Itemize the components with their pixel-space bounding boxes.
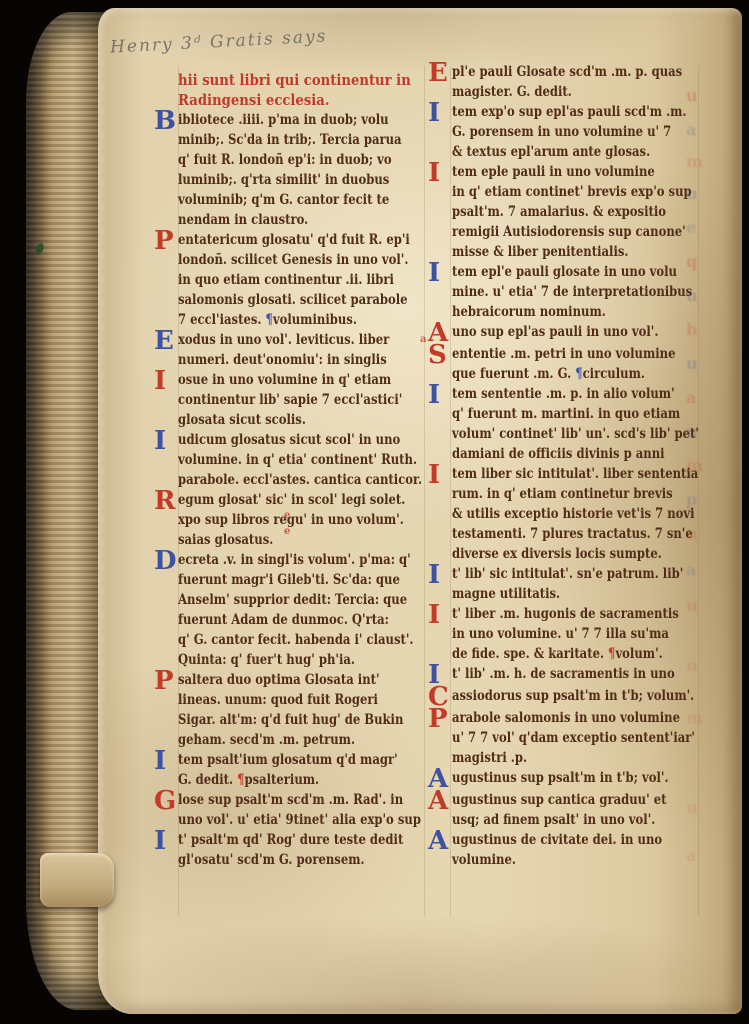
text-line: t' lib' sic intitulat'. sn'e patrum. lib… [452,564,664,584]
showthrough-letter: e [686,218,696,237]
showthrough-letter: m [686,152,703,171]
text-line: rum. in q' etiam continetur brevis [452,484,664,504]
illuminated-initial: I [428,564,452,604]
text-line: psalt'm. 7 amalarius. & expositio [452,202,664,222]
text-line: q' fuit R. londoñ ep'i: in duob; vo [178,150,391,170]
manuscript-photo: Henry 3ᵈ Gratis says hii sunt libri qui … [0,0,749,1024]
text-line: xodus in uno vol'. leviticus. liber [178,330,391,350]
illuminated-initial: I [154,370,178,430]
rubric-line: hii sunt libri qui continentur in [178,70,396,90]
text-line: de fide. spe. & karitate. ¶volum'. [452,644,664,664]
text-line: volumine. [452,850,664,870]
text-line: numeri. deut'onomiu': in singlis [178,350,391,370]
text-line: & utilis exceptio historie vet'is 7 novi [452,504,664,524]
illuminated-initial: D [154,550,178,670]
parchment-page: Henry 3ᵈ Gratis says hii sunt libri qui … [98,8,742,1014]
illuminated-initial: I [428,162,452,262]
entry-lines: t' psalt'm qd' Rog' dure teste deditgl'o… [178,830,426,870]
text-line: G. porensem in uno volumine u' 7 [452,122,664,142]
illuminated-initial: B [154,110,178,230]
illuminated-initial: I [428,102,452,162]
illuminated-initial: G [154,790,178,830]
showthrough-letter: p [686,490,697,509]
text-line: tem psalt'ium glosatum q'd magr' [178,750,391,770]
showthrough-letter: u [686,286,698,305]
text-line: ententie .m. petri in uno volumine [452,344,664,364]
text-line: fuerunt Adam de dunmoc. Q'rta: [178,610,391,630]
showthrough-letter: u [686,86,698,105]
text-line: assiodorus sup psalt'm in t'b; volum'. [452,686,664,706]
text-line: geham. secd'm .m. petrum. [178,730,391,750]
text-line: tem sententie .m. p. in alio volum' [452,384,664,404]
illuminated-initial: E [154,330,178,370]
showthrough-letter: a [686,388,696,407]
text-line: q' fuerunt m. martini. in quo etiam [452,404,664,424]
entry-lines: uno sup epl'as pauli in uno vol'. [452,322,698,344]
catalogue-entry: Item exp'o sup epl'as pauli scd'm .m.G. … [428,102,698,162]
catalogue-entry: Psaltera duo optima Glosata int'lineas. … [154,670,426,750]
entry-lines: arabole salomonis in uno volumineu' 7 7 … [452,708,698,768]
text-line: gl'osatu' scd'm G. porensem. [178,850,391,870]
catalogue-entry: It' lib' .m. h. de sacramentis in uno [428,664,698,686]
text-line: tem exp'o sup epl'as pauli scd'm .m. [452,102,664,122]
guide-letter: e [284,510,290,521]
text-line: Quinta: q' fuer't hug' ph'ia. [178,650,391,670]
text-line: Anselm' supprior dedit: Tercia: que [178,590,391,610]
text-line: damiani de officiis divinis p anni [452,444,664,464]
text-line: tem liber sic intitulat'. liber sententi… [452,464,664,484]
illuminated-initial: I [154,430,178,490]
rubric-heading: hii sunt libri qui continentur in Rading… [178,70,426,110]
ruling-line [698,66,699,916]
showthrough-letter: u [686,656,698,675]
text-line: misse & liber penitentialis. [452,242,664,262]
text-line: nendam in claustro. [178,210,391,230]
text-line: arabole salomonis in uno volumine [452,708,664,728]
text-line: udicum glosatus sicut scol' in uno [178,430,391,450]
text-line: continentur lib' sapie 7 eccl'astici' [178,390,391,410]
text-line: in quo etiam continentur .ii. libri [178,270,391,290]
text-line: remigii Autisiodorensis sup canone' [452,222,664,242]
catalogue-entry: Item liber sic intitulat'. liber sentent… [428,464,698,564]
catalogue-entry: Sententie .m. petri in uno volumineque f… [428,344,698,384]
illuminated-initial: P [154,230,178,330]
pencil-inscription: Henry 3ᵈ Gratis says [110,26,328,57]
text-line: ibliotece .iiii. p'ma in duob; volu [178,110,391,130]
text-line: in uno volumine. u' 7 7 illa su'ma [452,624,664,644]
text-line: ugustinus sup psalt'm in t'b; vol'. [452,768,664,788]
showthrough-letter: q [686,252,697,271]
text-line: ugustinus de civitate dei. in uno [452,830,664,850]
text-line: hebraicorum nominum. [452,302,664,322]
text-line: pl'e pauli Glosate scd'm .m. p. quas [452,62,664,82]
text-line: usq; ad finem psalt' in uno vol'. [452,810,664,830]
showthrough-letter: u [686,596,698,615]
illuminated-initial: A [428,790,452,830]
illuminated-initial: S [428,344,452,384]
text-line: glosata sicut scolis. [178,410,391,430]
entry-lines: t' lib' sic intitulat'. sn'e patrum. lib… [452,564,698,604]
text-line: uno vol'. u' etia' 9tinet' alia exp'o su… [178,810,391,830]
entry-list-right: Epl'e pauli Glosate scd'm .m. p. quasmag… [428,62,698,870]
entry-lines: tem exp'o sup epl'as pauli scd'm .m.G. p… [452,102,698,162]
catalogue-entry: Augustinus sup psalt'm in t'b; vol'. [428,768,698,790]
showthrough-letter: u [686,184,698,203]
showthrough-letter: a [686,846,696,865]
catalogue-entry: Item psalt'ium glosatum q'd magr'G. dedi… [154,750,426,790]
entry-lines: t' lib' .m. h. de sacramentis in uno [452,664,698,686]
text-line: lineas. unum: quod fuit Rogeri [178,690,391,710]
text-line: minib;. Sc'da in trib;. Tercia parua [178,130,391,150]
entry-lines: entatericum glosatu' q'd fuit R. ep'ilon… [178,230,426,330]
entry-lines: lose sup psalt'm scd'm .m. Rad'. inuno v… [178,790,426,830]
text-line: voluminib; q'm G. cantor fecit te [178,190,391,210]
entry-lines: xodus in uno vol'. leviticus. libernumer… [178,330,426,370]
text-line: osue in uno volumine in q' etiam [178,370,391,390]
text-line: G. dedit. ¶psalterium. [178,770,391,790]
text-line: in q' etiam continet' brevis exp'o sup [452,182,664,202]
illuminated-initial: P [154,670,178,750]
catalogue-entry: Auno sup epl'as pauli in uno vol'. [428,322,698,344]
entry-lines: egum glosat' sic' in scol' legi solet.xp… [178,490,426,550]
showthrough-letter: u [686,524,698,543]
text-line: testamenti. 7 plures tractatus. 7 sn'e [452,524,664,544]
text-column-right: Epl'e pauli Glosate scd'm .m. p. quasmag… [428,62,698,870]
entry-lines: ententie .m. petri in uno volumineque fu… [452,344,698,384]
entry-lines: ugustinus sup cantica graduu' etusq; ad … [452,790,698,830]
illuminated-initial: I [428,262,452,322]
catalogue-entry: It' psalt'm qd' Rog' dure teste deditgl'… [154,830,426,870]
text-line: Sigar. alt'm: q'd fuit hug' de Bukin [178,710,391,730]
catalogue-entry: Parabole salomonis in uno volumineu' 7 7… [428,708,698,768]
entry-lines: saltera duo optima Glosata int'lineas. u… [178,670,426,750]
guide-letter: e [284,526,290,537]
text-line: t' liber .m. hugonis de sacramentis [452,604,664,624]
entry-lines: pl'e pauli Glosate scd'm .m. p. quasmagi… [452,62,698,102]
entry-lines: ibliotece .iiii. p'ma in duob; voluminib… [178,110,426,230]
text-line: diverse ex diversis locis sumpte. [452,544,664,564]
entry-lines: tem epl'e pauli glosate in uno volumine.… [452,262,698,322]
entry-list-left: Bibliotece .iiii. p'ma in duob; volumini… [154,110,426,870]
text-line: t' lib' .m. h. de sacramentis in uno [452,664,664,684]
text-line: entatericum glosatu' q'd fuit R. ep'i [178,230,391,250]
catalogue-entry: Cassiodorus sup psalt'm in t'b; volum'. [428,686,698,708]
catalogue-entry: Epl'e pauli Glosate scd'm .m. p. quasmag… [428,62,698,102]
showthrough-letter: m [686,708,703,727]
illuminated-initial: I [154,750,178,790]
entry-lines: tem liber sic intitulat'. liber sententi… [452,464,698,564]
text-line: magistri .p. [452,748,664,768]
text-line: t' psalt'm qd' Rog' dure teste dedit [178,830,391,850]
illuminated-initial: I [428,384,452,464]
text-line: tem eple pauli in uno volumine [452,162,664,182]
illuminated-initial: I [428,464,452,564]
text-line: londoñ. scilicet Genesis in uno vol'. [178,250,391,270]
text-line: q' G. cantor fecit. habenda i' claust'. [178,630,391,650]
text-line: u' 7 7 vol' q'dam exceptio sentent'iar' [452,728,664,748]
catalogue-entry: Item eple pauli in uno voluminein q' eti… [428,162,698,262]
text-line: magne utilitatis. [452,584,664,604]
illuminated-initial: E [428,62,452,102]
rubric-line: Radingensi ecclesia. [178,90,396,110]
entry-lines: tem psalt'ium glosatum q'd magr'G. dedit… [178,750,426,790]
entry-lines: udicum glosatus sicut scol' in unovolumi… [178,430,426,490]
text-line: egum glosat' sic' in scol' legi solet. [178,490,391,510]
pilcrow-mark: ¶ [237,772,244,788]
entry-lines: ugustinus sup psalt'm in t'b; vol'. [452,768,698,790]
entry-lines: t' liber .m. hugonis de sacramentisin un… [452,604,698,664]
catalogue-entry: Exodus in uno vol'. leviticus. libernume… [154,330,426,370]
showthrough-letter: u [686,354,698,373]
catalogue-entry: Iosue in uno volumine in q' etiamcontine… [154,370,426,430]
entry-lines: ugustinus de civitate dei. in unovolumin… [452,830,698,870]
catalogue-entry: Glose sup psalt'm scd'm .m. Rad'. inuno … [154,790,426,830]
text-line: que fuerunt .m. G. ¶circulum. [452,364,664,384]
showthrough-letter: m [686,456,703,475]
text-line: fuerunt magr'i Gileb'ti. Sc'da: que [178,570,391,590]
illuminated-initial: I [428,604,452,664]
text-line: magister. G. dedit. [452,82,664,102]
catalogue-entry: Pentatericum glosatu' q'd fuit R. ep'ilo… [154,230,426,330]
catalogue-entry: Item sententie .m. p. in alio volum'q' f… [428,384,698,464]
catalogue-entry: Iudicum glosatus sicut scol' in unovolum… [154,430,426,490]
catalogue-entry: Item epl'e pauli glosate in uno volumine… [428,262,698,322]
entry-lines: ecreta .v. in singl'is volum'. p'ma: q'f… [178,550,426,670]
entry-lines: tem eple pauli in uno voluminein q' etia… [452,162,698,262]
text-line: 7 eccl'iastes. ¶voluminibus. [178,310,391,330]
catalogue-entry: Bibliotece .iiii. p'ma in duob; volumini… [154,110,426,230]
illuminated-initial: R [154,490,178,550]
text-line: ecreta .v. in singl'is volum'. p'ma: q' [178,550,391,570]
text-line: ugustinus sup cantica graduu' et [452,790,664,810]
text-line: volumine. in q' etia' continent' Ruth. [178,450,391,470]
text-line: & textus epl'arum ante glosas. [452,142,664,162]
text-line: salomonis glosati. scilicet parabole [178,290,391,310]
text-line: parabole. eccl'astes. cantica canticor. [178,470,391,490]
pilcrow-mark: ¶ [608,646,615,662]
catalogue-entry: Augustinus sup cantica graduu' etusq; ad… [428,790,698,830]
showthrough-letter: u [686,798,698,817]
pilcrow-mark: ¶ [265,312,272,328]
text-line: tem epl'e pauli glosate in uno volu [452,262,664,282]
catalogue-entry: It' lib' sic intitulat'. sn'e patrum. li… [428,564,698,604]
showthrough-letter: a [686,120,696,139]
showthrough-letter: u [686,422,698,441]
text-line: volum' continet' lib' un'. scd's lib' pe… [452,424,664,444]
text-line: lose sup psalt'm scd'm .m. Rad'. in [178,790,391,810]
showthrough-letter: a [686,560,696,579]
entry-lines: osue in uno volumine in q' etiamcontinen… [178,370,426,430]
illuminated-initial: I [154,830,178,870]
illuminated-initial: A [428,830,452,870]
catalogue-entry: Augustinus de civitate dei. in unovolumi… [428,830,698,870]
pilcrow-mark: ¶ [575,366,582,382]
showthrough-letter: b [686,320,697,339]
text-line: saltera duo optima Glosata int' [178,670,391,690]
text-line: luminib;. q'rta similit' in duobus [178,170,391,190]
catalogue-entry: Decreta .v. in singl'is volum'. p'ma: q'… [154,550,426,670]
illuminated-initial: P [428,708,452,768]
guide-letter: a [420,334,426,345]
text-line: mine. u' etia' 7 de interpretationibus [452,282,664,302]
text-line: uno sup epl'as pauli in uno vol'. [452,322,664,342]
text-column-left: hii sunt libri qui continentur in Rading… [154,70,426,870]
entry-lines: assiodorus sup psalt'm in t'b; volum'. [452,686,698,708]
fore-edge-tab [40,853,114,907]
catalogue-entry: It' liber .m. hugonis de sacramentisin u… [428,604,698,664]
entry-lines: tem sententie .m. p. in alio volum'q' fu… [452,384,698,464]
